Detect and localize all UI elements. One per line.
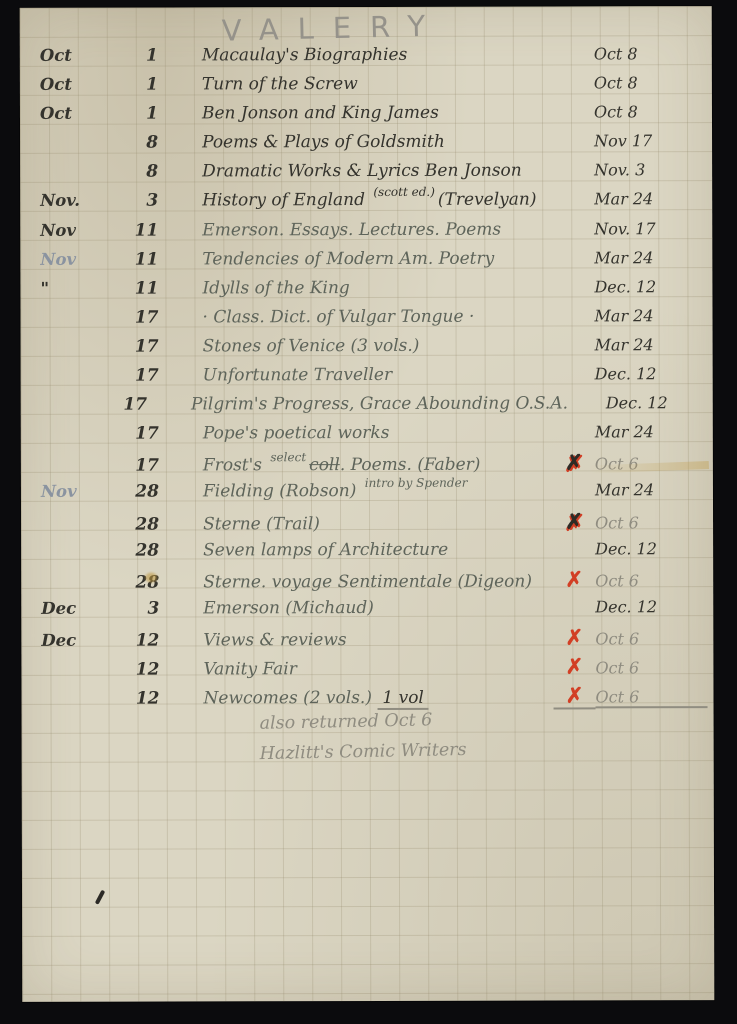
date-returned: Oct 8 [594, 44, 706, 63]
book-title: Idylls of the King [158, 277, 552, 298]
ledger-row: Oct 1 Macaulay's Biographies Oct 8 [28, 44, 706, 75]
ledger-row: Dec 3 Emerson (Michaud) Dec. 12 [29, 597, 707, 628]
date-out-day: 3 [106, 191, 158, 211]
date-returned: Dec. 12 [595, 539, 707, 558]
date-out-day: 17 [100, 395, 147, 415]
x-icon: ✗ [565, 508, 583, 533]
ledger-row: Nov. 3 History of England (scott ed.)(Tr… [28, 190, 706, 221]
return-x-mark: ✗ [553, 626, 595, 649]
date-returned: Oct 6 [595, 571, 707, 590]
ledger-row: Dec 12 Views & reviews ✗ Oct 6 [29, 626, 707, 657]
date-returned: Oct 6 [595, 687, 707, 708]
date-out-day: 12 [107, 660, 159, 680]
date-returned: Mar 24 [595, 481, 707, 500]
x-icon: ✗ [566, 653, 584, 678]
date-returned: Oct 6 [595, 658, 707, 677]
return-x-mark: ✗ [553, 684, 595, 709]
ledger-row: Nov 28 Fielding (Robson) intro by Spende… [29, 481, 707, 512]
ledger-row: 17 Unfortunate Traveller Dec. 12 [29, 364, 707, 395]
date-returned: Dec. 12 [595, 597, 707, 616]
date-out-month: Nov [29, 482, 107, 501]
date-out-month: Nov. [28, 191, 106, 210]
ledger-row: 12 Newcomes (2 vols.) 1 vol ✗ Oct 6 [29, 684, 707, 715]
date-returned: Mar 24 [594, 306, 706, 325]
ledger-row: Oct 1 Ben Jonson and King James Oct 8 [28, 102, 706, 133]
ledger-row: 28 Seven lamps of Architecture Dec. 12 [29, 539, 707, 570]
date-returned: Mar 24 [595, 422, 707, 441]
book-title: · Class. Dict. of Vulgar Tongue · [158, 306, 552, 327]
book-title: Vanity Fair [159, 658, 553, 679]
date-returned: Dec. 12 [595, 364, 707, 383]
date-out-month: " [28, 278, 106, 297]
date-returned: Mar 24 [594, 190, 706, 209]
paper-stain [145, 573, 157, 583]
date-out-day: 28 [107, 540, 159, 560]
date-out-month: Oct [28, 75, 106, 94]
book-title: Dramatic Works & Lyrics Ben Jonson [158, 161, 552, 182]
ledger-row: 8 Poems & Plays of Goldsmith Nov 17 [28, 131, 706, 162]
date-returned: Oct 6 [595, 629, 707, 648]
date-out-day: 28 [107, 514, 159, 534]
date-returned: Mar 24 [595, 335, 707, 354]
date-out-day: 17 [107, 336, 159, 356]
book-title: Emerson (Michaud) [159, 597, 553, 618]
struck-word: coll [309, 455, 340, 475]
date-returned: Oct 8 [594, 73, 706, 92]
date-out-month: Dec [29, 598, 107, 617]
date-out-day: 11 [106, 220, 158, 240]
date-out-day: 28 [107, 482, 159, 502]
date-returned: Dec. 12 [594, 277, 706, 296]
book-title: Fielding (Robson) intro by Spender [159, 481, 553, 502]
x-icon: ✗ [565, 566, 583, 591]
book-title: Poems & Plays of Goldsmith [158, 132, 552, 153]
date-out-day: 3 [107, 598, 159, 618]
book-title: Macaulay's Biographies [158, 45, 552, 66]
date-out-day: 8 [106, 162, 158, 182]
book-title: Frost's selectcoll. Poems. (Faber) [159, 455, 553, 476]
ledger-row: 17 Pilgrim's Progress, Grace Abounding O… [29, 393, 707, 424]
ledger-row: 17 Stones of Venice (3 vols.) Mar 24 [29, 335, 707, 366]
date-returned: Mar 24 [594, 248, 706, 267]
x-icon: ✗ [565, 450, 583, 475]
date-out-day: 8 [106, 133, 158, 153]
ink-tick-mark [95, 890, 106, 905]
date-returned: Oct 8 [594, 102, 706, 121]
date-out-month: Nov [28, 249, 106, 268]
book-title: Unfortunate Traveller [159, 365, 553, 386]
book-title: History of England (scott ed.)(Trevelyan… [158, 190, 552, 211]
return-x-mark: ✗ [553, 568, 595, 591]
date-out-month: Oct [28, 104, 106, 123]
interlinear-note: (scott ed.) [373, 185, 435, 199]
book-title: Tendencies of Modern Am. Poetry [158, 248, 552, 269]
card-title: VALERY [221, 8, 444, 47]
return-x-mark: ✗ [553, 655, 595, 678]
date-out-day: 12 [107, 630, 159, 650]
interlinear-note: intro by Spender [365, 476, 468, 490]
book-title: Pilgrim's Progress, Grace Abounding O.S.… [147, 394, 568, 415]
ledger-row: 8 Dramatic Works & Lyrics Ben Jonson Nov… [28, 160, 706, 191]
date-out-day: 12 [107, 689, 159, 709]
library-card: VALERY Oct 1 Macaulay's Biographies Oct … [20, 6, 715, 1002]
footnote-line: Hazlitt's Comic Writers [259, 740, 466, 764]
ledger-row: 17 Pope's poetical works Mar 24 [29, 422, 707, 453]
date-out-month: Dec [29, 631, 107, 650]
ledger-row: 28 Sterne (Trail) ✗ Oct 6 [29, 510, 707, 541]
date-returned: Nov. 3 [594, 160, 706, 179]
book-title: Turn of the Screw [158, 74, 552, 95]
book-title: Pope's poetical works [159, 423, 553, 444]
book-title: Emerson. Essays. Lectures. Poems [158, 219, 552, 240]
ledger-row: Nov 11 Emerson. Essays. Lectures. Poems … [28, 219, 706, 250]
ledger-row: " 11 Idylls of the King Dec. 12 [28, 277, 706, 308]
date-out-month: Oct [28, 46, 106, 65]
date-out-day: 17 [107, 366, 159, 386]
date-out-day: 17 [106, 307, 158, 327]
date-out-day: 1 [106, 46, 158, 66]
ledger-row: 17 · Class. Dict. of Vulgar Tongue · Mar… [28, 306, 706, 337]
date-out-day: 1 [106, 104, 158, 124]
x-icon: ✗ [566, 624, 584, 649]
footnote-line: also returned Oct 6 [259, 710, 432, 733]
book-title: Views & reviews [159, 629, 553, 650]
interlinear-note: select [270, 450, 306, 464]
date-returned: Oct 6 [595, 513, 707, 532]
date-out-day: 11 [106, 278, 158, 298]
ledger-row: Oct 1 Turn of the Screw Oct 8 [28, 73, 706, 104]
book-title: Sterne. voyage Sentimentale (Digeon) [159, 571, 553, 592]
ledger-row: Nov 11 Tendencies of Modern Am. Poetry M… [28, 248, 706, 279]
date-out-day: 11 [106, 249, 158, 269]
ledger-row: 12 Vanity Fair ✗ Oct 6 [29, 655, 707, 686]
return-x-mark: ✗ [553, 510, 595, 533]
ledger-rows: Oct 1 Macaulay's Biographies Oct 8 Oct 1… [28, 44, 708, 715]
volume-note: 1 vol [377, 688, 429, 710]
book-title: Newcomes (2 vols.) 1 vol [159, 688, 553, 709]
book-title: Sterne (Trail) [159, 513, 553, 534]
date-returned: Nov. 17 [594, 219, 706, 238]
x-icon: ✗ [566, 682, 584, 707]
book-title: Stones of Venice (3 vols.) [159, 335, 553, 356]
date-out-month: Nov [28, 220, 106, 239]
date-out-day: 17 [107, 424, 159, 444]
date-out-day: 17 [107, 456, 159, 476]
book-title: Ben Jonson and King James [158, 103, 552, 124]
book-title: Seven lamps of Architecture [159, 539, 553, 560]
date-returned: Dec. 12 [606, 393, 707, 412]
date-out-day: 1 [106, 75, 158, 95]
ledger-row: 28 Sterne. voyage Sentimentale (Digeon) … [29, 568, 707, 599]
date-returned: Nov 17 [594, 131, 706, 150]
